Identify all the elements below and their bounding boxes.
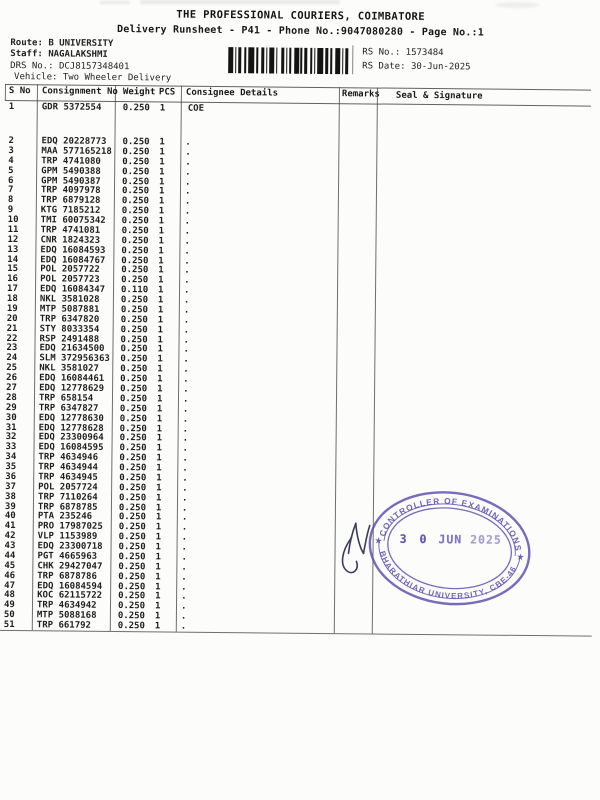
- staff-label: Staff:: [10, 49, 43, 59]
- row-sno: 10: [8, 215, 19, 225]
- row-sno: 48: [4, 590, 15, 600]
- row-weight: 0.250: [121, 266, 148, 276]
- row-consignee: .: [185, 148, 191, 158]
- row-pcs: 1: [156, 513, 162, 523]
- row-pcs: 1: [159, 167, 165, 177]
- row-sno: 29: [6, 403, 17, 413]
- row-sno: 16: [7, 274, 18, 284]
- header-divider-line: [352, 45, 353, 74]
- row-consignment-no: TRP 661792: [37, 620, 91, 631]
- col-header-sno: S No: [9, 86, 31, 96]
- row-weight: 0.250: [122, 186, 149, 196]
- row-pcs: 1: [158, 276, 164, 286]
- stamp-date-year: 2025: [470, 532, 502, 546]
- row-pcs: 1: [155, 582, 161, 592]
- row-weight: 0.250: [119, 493, 146, 503]
- rs-barcode: [228, 47, 350, 74]
- row-sno: 49: [4, 600, 15, 610]
- row-sno: 37: [5, 482, 16, 492]
- row-weight: 0.250: [122, 177, 149, 187]
- university-seal-stamp: CONTROLLER OF EXAMINATIONS BHARATHIAR UN…: [361, 486, 538, 612]
- vehicle-line: Vehicle: Two Wheeler Delivery: [14, 72, 171, 84]
- svg-text:BHARATHIAR UNIVERSITY, CBE-46: BHARATHIAR UNIVERSITY, CBE-46: [373, 549, 519, 608]
- row-weight: 0.250: [122, 157, 149, 167]
- row-weight: 0.250: [121, 325, 148, 335]
- row-sno: 22: [7, 334, 18, 344]
- row-consignee: .: [183, 424, 189, 434]
- row-pcs: 1: [158, 296, 164, 306]
- row-sno: 40: [5, 511, 16, 521]
- row-weight: 0.250: [120, 433, 147, 443]
- runsheet-subtitle: Delivery Runsheet - P41 - Phone No.:9047…: [0, 23, 600, 40]
- stamp-date-day: 3 0: [400, 532, 430, 546]
- row-pcs: 1: [159, 187, 165, 197]
- row-pcs: 1: [155, 552, 161, 562]
- row-sno: 2: [8, 136, 14, 146]
- row-pcs: 1: [158, 246, 164, 256]
- row-pcs: 1: [159, 177, 165, 187]
- row-weight: 0.250: [119, 542, 146, 552]
- row-pcs: 1: [158, 305, 164, 315]
- row-sno: 47: [4, 581, 15, 591]
- row-sno: 28: [6, 393, 17, 403]
- col-header-pcs: PCS: [159, 87, 175, 97]
- row-pcs: 1: [158, 266, 164, 276]
- row-pcs: 1: [155, 602, 161, 612]
- row-pcs: 1: [156, 542, 162, 552]
- document-scan: THE PROFESSIONAL COURIERS, COIMBATORE De…: [0, 0, 600, 800]
- row-consignee: .: [183, 385, 189, 395]
- row-weight: 0.250: [119, 503, 146, 513]
- row-consignee: .: [184, 276, 190, 286]
- row-consignee: .: [185, 157, 191, 167]
- col-header-remarks: Remarks: [342, 89, 380, 99]
- row-sno: 5: [8, 166, 14, 176]
- row-consignee: .: [184, 286, 190, 296]
- row-sno: 31: [6, 422, 17, 432]
- row-weight: 0.250: [121, 315, 148, 325]
- row-sno: 1: [9, 101, 15, 111]
- drs-label: DRS No.:: [10, 61, 53, 71]
- row-sno: 12: [7, 235, 18, 245]
- row-consignee: .: [183, 355, 189, 365]
- row-weight: 0.250: [120, 364, 147, 374]
- rs-date-value: 30-Jun-2025: [411, 61, 471, 72]
- row-consignee: .: [181, 612, 187, 622]
- row-sno: 15: [7, 264, 18, 274]
- row-pcs: 1: [159, 137, 165, 147]
- row-weight: 0.250: [120, 384, 147, 394]
- row-pcs: 1: [159, 216, 165, 226]
- row-pcs: 1: [159, 147, 165, 157]
- row-pcs: 1: [159, 226, 165, 236]
- row-sno: 43: [5, 541, 16, 551]
- row-sno: 21: [7, 324, 18, 334]
- row-weight: 0.250: [118, 601, 145, 611]
- row-sno: 26: [6, 373, 17, 383]
- row-pcs: 1: [156, 454, 162, 464]
- row-sno: 30: [6, 413, 17, 423]
- row-pcs: 1: [155, 592, 161, 602]
- row-consignee: .: [183, 404, 189, 414]
- row-pcs: 1: [156, 503, 162, 513]
- row-consignee: .: [182, 444, 188, 454]
- vehicle-value: Two Wheeler Delivery: [63, 72, 171, 83]
- col-header-consignee: Consignee Details: [186, 88, 278, 99]
- row-pcs: 1: [160, 103, 166, 113]
- col-header-consignment: Consignment No: [42, 86, 118, 97]
- company-title: THE PROFESSIONAL COURIERS, COIMBATORE: [1, 7, 600, 25]
- row-sno: 27: [6, 383, 17, 393]
- row-pcs: 1: [157, 394, 163, 404]
- row-consignee: .: [183, 375, 189, 385]
- row-sno: 25: [6, 363, 17, 373]
- row-pcs: 1: [157, 365, 163, 375]
- row-sno: 33: [5, 442, 16, 452]
- row-weight: 0.250: [122, 196, 149, 206]
- route-line: Route: B UNIVERSITY: [10, 38, 113, 49]
- row-pcs: 1: [156, 523, 162, 533]
- row-weight: 0.250: [118, 582, 145, 592]
- row-consignee: .: [181, 622, 187, 632]
- row-weight: 0.250: [119, 513, 146, 523]
- rs-no-line: RS No.: 1573484: [362, 47, 443, 58]
- row-consignee: .: [181, 582, 187, 592]
- row-consignment-no: PTA 235246: [38, 512, 92, 523]
- row-consignee: .: [184, 306, 190, 316]
- row-weight: 0.250: [120, 345, 147, 355]
- row-pcs: 1: [157, 424, 163, 434]
- row-pcs: 1: [158, 325, 164, 335]
- row-pcs: 1: [157, 345, 163, 355]
- row-sno: 41: [5, 521, 16, 531]
- barcode-gap: [348, 48, 350, 74]
- row-consignee: .: [182, 533, 188, 543]
- row-consignee: .: [184, 236, 190, 246]
- row-sno: 13: [7, 245, 18, 255]
- row-weight: 0.250: [120, 354, 147, 364]
- row-consignee: .: [184, 335, 190, 345]
- row-sno: 3: [8, 146, 14, 156]
- row-consignment-no: GDR 5372554: [42, 102, 102, 113]
- row-pcs: 1: [155, 562, 161, 572]
- row-pcs: 1: [156, 473, 162, 483]
- row-pcs: 1: [159, 207, 165, 217]
- row-sno: 42: [5, 531, 16, 541]
- row-sno: 46: [4, 571, 15, 581]
- row-consignee: .: [181, 572, 187, 582]
- row-sno: 9: [8, 205, 14, 215]
- row-pcs: 1: [158, 335, 164, 345]
- row-weight: 0.250: [118, 552, 145, 562]
- row-pcs: 1: [155, 612, 161, 622]
- row-weight: 0.250: [119, 473, 146, 483]
- row-pcs: 1: [159, 197, 165, 207]
- row-sno: 38: [5, 492, 16, 502]
- rs-date-label: RS Date:: [362, 61, 405, 71]
- row-sno: 4: [8, 156, 14, 166]
- row-consignee: .: [182, 474, 188, 484]
- row-weight: 0.250: [120, 414, 147, 424]
- row-sno: 20: [7, 314, 18, 324]
- row-consignee: .: [183, 345, 189, 355]
- row-weight: 0.250: [118, 621, 145, 631]
- row-pcs: 1: [158, 256, 164, 266]
- row-weight: 0.250: [118, 611, 145, 621]
- row-consignee: .: [184, 256, 190, 266]
- row-consignee: .: [182, 483, 188, 493]
- row-weight: 0.250: [119, 463, 146, 473]
- row-consignment-no: TRP 658154: [39, 393, 93, 404]
- row-weight: 0.250: [119, 483, 146, 493]
- row-pcs: 1: [157, 414, 163, 424]
- row-consignee: COE: [188, 103, 204, 113]
- row-consignee: .: [181, 602, 187, 612]
- row-consignee: .: [182, 454, 188, 464]
- row-consignee: .: [185, 227, 191, 237]
- row-pcs: 1: [157, 355, 163, 365]
- row-pcs: 1: [159, 157, 165, 167]
- row-weight: 0.250: [119, 532, 146, 542]
- row-sno: 39: [5, 502, 16, 512]
- rs-date-line: RS Date: 30-Jun-2025: [362, 61, 470, 72]
- row-sno: 36: [5, 472, 16, 482]
- scanned-runsheet-page: THE PROFESSIONAL COURIERS, COIMBATORE De…: [0, 0, 600, 800]
- row-weight: 0.250: [118, 572, 145, 582]
- row-sno: 14: [7, 255, 18, 265]
- row-pcs: 1: [157, 384, 163, 394]
- row-sno: 45: [4, 561, 15, 571]
- row-weight: 0.250: [121, 335, 148, 345]
- row-sno: 32: [6, 432, 17, 442]
- vehicle-label: Vehicle:: [14, 72, 57, 82]
- row-pcs: 1: [158, 236, 164, 246]
- row-weight: 0.250: [121, 256, 148, 266]
- row-consignee: .: [183, 434, 189, 444]
- row-sno: 24: [6, 353, 17, 363]
- row-sno: 18: [7, 294, 18, 304]
- drs-value: DCJ8157348401: [59, 61, 130, 72]
- staff-value: NAGALAKSHMI: [48, 49, 108, 60]
- row-consignee: .: [182, 543, 188, 553]
- grid-line: [5, 84, 6, 100]
- row-consignee: .: [181, 553, 187, 563]
- row-consignee: .: [183, 414, 189, 424]
- row-consignee: .: [185, 207, 191, 217]
- row-sno: 17: [7, 284, 18, 294]
- row-consignee: .: [182, 464, 188, 474]
- row-weight: 0.250: [121, 275, 148, 285]
- row-weight: 0.250: [122, 167, 149, 177]
- row-pcs: 1: [156, 493, 162, 503]
- col-header-weight: Weight: [123, 87, 156, 97]
- row-consignee: .: [182, 523, 188, 533]
- row-pcs: 1: [157, 434, 163, 444]
- row-weight: 0.250: [122, 206, 149, 216]
- row-pcs: 1: [157, 375, 163, 385]
- row-sno: 50: [4, 610, 15, 620]
- row-consignee: .: [184, 266, 190, 276]
- row-weight: 0.250: [120, 394, 147, 404]
- row-weight: 0.250: [118, 562, 145, 572]
- row-sno: 35: [5, 462, 16, 472]
- row-consignee: .: [185, 177, 191, 187]
- row-weight: 0.250: [122, 226, 149, 236]
- row-weight: 0.250: [121, 295, 148, 305]
- row-pcs: 1: [157, 404, 163, 414]
- row-weight: 0.250: [122, 137, 149, 147]
- stamp-date: 3 0JUN 2025: [400, 533, 502, 547]
- row-pcs: 1: [156, 444, 162, 454]
- stamp-date-month: JUN: [438, 532, 462, 546]
- row-consignee: .: [181, 562, 187, 572]
- row-pcs: 1: [155, 622, 161, 632]
- row-sno: 23: [6, 343, 17, 353]
- drs-line: DRS No.: DCJ8157348401: [10, 61, 129, 72]
- row-pcs: 1: [156, 533, 162, 543]
- col-header-seal: Seal & Signature: [396, 91, 483, 102]
- row-weight: 0.250: [122, 147, 149, 157]
- row-weight: 0.250: [121, 305, 148, 315]
- row-weight: 0.250: [119, 443, 146, 453]
- row-weight: 0.110: [121, 285, 148, 295]
- row-pcs: 1: [156, 483, 162, 493]
- row-sno: 34: [5, 452, 16, 462]
- row-consignee: .: [185, 187, 191, 197]
- route-value: B UNIVERSITY: [48, 38, 113, 49]
- row-consignee: .: [183, 395, 189, 405]
- star-icon: ★: [516, 551, 525, 562]
- signature-mark: [337, 517, 378, 575]
- row-sno: 11: [8, 225, 19, 235]
- row-consignee: .: [183, 365, 189, 375]
- row-weight: 0.250: [119, 453, 146, 463]
- row-weight: 0.250: [119, 522, 146, 532]
- row-pcs: 1: [158, 315, 164, 325]
- row-consignee: .: [184, 316, 190, 326]
- rs-no-label: RS No.:: [362, 47, 400, 57]
- row-weight: 0.250: [123, 103, 150, 113]
- row-sno: 7: [8, 185, 14, 195]
- row-consignee: .: [185, 197, 191, 207]
- row-consignee: .: [184, 325, 190, 335]
- row-weight: 0.250: [122, 216, 149, 226]
- row-weight: 0.250: [120, 374, 147, 384]
- rs-no-value: 1573484: [406, 48, 444, 58]
- row-sno: 44: [4, 551, 15, 561]
- row-weight: 0.250: [120, 424, 147, 434]
- row-sno: 6: [8, 176, 14, 186]
- row-weight: 0.250: [121, 236, 148, 246]
- row-sno: 8: [8, 195, 14, 205]
- row-consignee: .: [182, 503, 188, 513]
- row-pcs: 1: [158, 286, 164, 296]
- row-consignee: .: [185, 138, 191, 148]
- row-weight: 0.250: [120, 404, 147, 414]
- row-pcs: 1: [156, 463, 162, 473]
- row-sno: 51: [4, 620, 15, 630]
- row-consignee: .: [181, 592, 187, 602]
- row-sno: 19: [7, 304, 18, 314]
- staff-line: Staff: NAGALAKSHMI: [10, 49, 108, 60]
- row-weight: 0.250: [118, 592, 145, 602]
- route-label: Route:: [10, 38, 43, 48]
- row-consignee: .: [185, 217, 191, 227]
- row-consignee: .: [185, 167, 191, 177]
- stamp-bottom-arc-text: BHARATHIAR UNIVERSITY, CBE-46: [373, 549, 519, 608]
- row-consignee: .: [184, 246, 190, 256]
- row-weight: 0.250: [121, 246, 148, 256]
- row-consignee: .: [182, 493, 188, 503]
- row-consignee: .: [182, 513, 188, 523]
- row-consignee: .: [184, 296, 190, 306]
- row-pcs: 1: [155, 572, 161, 582]
